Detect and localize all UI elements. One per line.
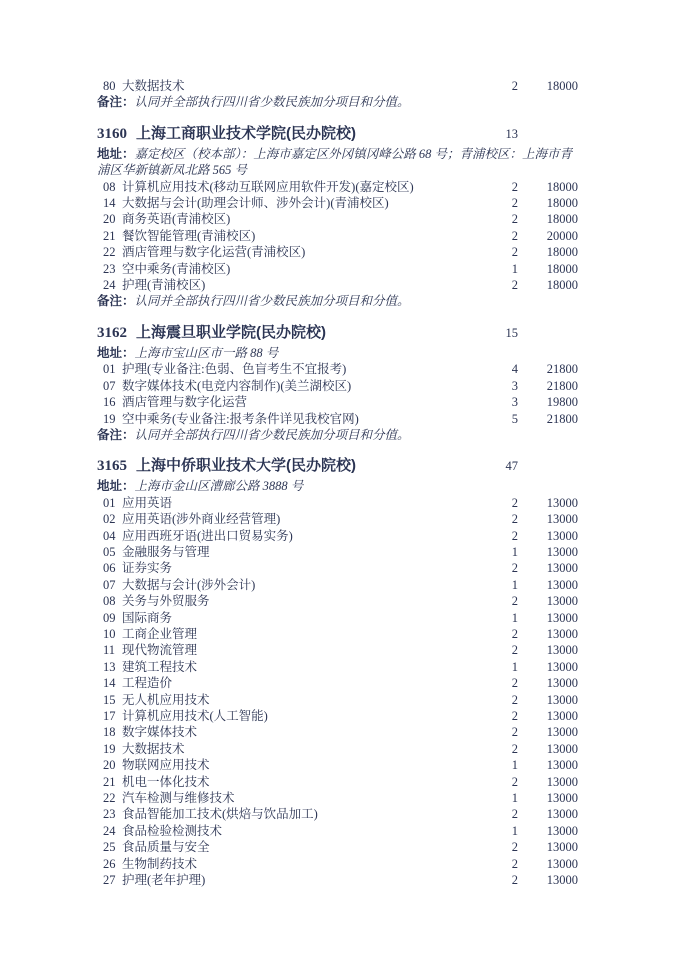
major-number: 08 [103,593,122,609]
major-name: 建筑工程技术 [122,659,488,675]
major-row: 10 工商企业管理 2 13000 [97,626,578,642]
institution-section: 3165 上海中侨职业技术大学(民办院校) 47 地址：上海市金山区漕廊公路 3… [97,456,578,888]
major-name: 食品检验检测技术 [122,823,488,839]
major-quota: 2 [488,692,518,708]
major-name: 机电一体化技术 [122,774,488,790]
major-tuition: 13000 [518,528,578,544]
major-name: 大数据技术 [122,78,488,94]
major-quota: 2 [488,675,518,691]
remark-line: 备注：认同并全部执行四川省少数民族加分项目和分值。 [97,94,578,110]
address-label: 地址： [97,479,135,493]
major-tuition: 13000 [518,610,578,626]
major-quota: 2 [488,872,518,888]
major-name: 大数据与会计(涉外会计) [122,577,488,593]
major-number: 01 [103,361,122,377]
major-name: 应用英语(涉外商业经营管理) [122,511,488,527]
major-number: 14 [103,675,122,691]
institution-code: 3165 [97,456,127,476]
major-name: 大数据技术 [122,741,488,757]
major-number: 80 [103,78,122,94]
major-name: 数字媒体技术 [122,724,488,740]
major-tuition: 13000 [518,675,578,691]
major-number: 21 [103,774,122,790]
major-quota: 2 [488,741,518,757]
major-quota: 1 [488,610,518,626]
major-quota: 2 [488,277,518,293]
major-row: 26 生物制药技术 2 13000 [97,856,578,872]
major-tuition: 13000 [518,790,578,806]
major-name: 计算机应用技术(移动互联网应用软件开发)(嘉定校区) [122,179,488,195]
remark-line: 备注：认同并全部执行四川省少数民族加分项目和分值。 [97,293,578,309]
major-row: 06 证券实务 2 13000 [97,560,578,576]
major-row: 08 关务与外贸服务 2 13000 [97,593,578,609]
major-quota: 2 [488,724,518,740]
major-number: 19 [103,741,122,757]
major-number: 25 [103,839,122,855]
major-name: 金融服务与管理 [122,544,488,560]
major-row: 01 护理(专业备注:色弱、色盲考生不宜报考) 4 21800 [97,361,578,377]
major-number: 24 [103,823,122,839]
major-name: 应用西班牙语(进出口贸易实务) [122,528,488,544]
institution-code: 3160 [97,124,127,144]
major-name: 酒店管理与数字化运营 [122,394,488,410]
major-name: 国际商务 [122,610,488,626]
address-label: 地址： [97,346,135,360]
major-tuition: 13000 [518,839,578,855]
major-tuition: 13000 [518,659,578,675]
major-tuition: 19800 [518,394,578,410]
major-tuition: 13000 [518,544,578,560]
major-number: 09 [103,610,122,626]
major-quota: 2 [488,78,518,94]
institution-section: 3160 上海工商职业技术学院(民办院校) 13 地址：嘉定校区（校本部）：上海… [97,124,578,310]
document-page: 80 大数据技术 2 18000 备注：认同并全部执行四川省少数民族加分项目和分… [0,0,680,961]
sections-container: 80 大数据技术 2 18000 备注：认同并全部执行四川省少数民族加分项目和分… [97,78,578,888]
institution-total-quota: 47 [488,456,518,476]
institution-total-quota: 13 [488,124,518,144]
major-row: 05 金融服务与管理 1 13000 [97,544,578,560]
address-text: 上海市金山区漕廊公路 3888 号 [135,479,304,493]
major-quota: 2 [488,195,518,211]
major-name: 食品质量与安全 [122,839,488,855]
major-tuition: 18000 [518,211,578,227]
major-row: 25 食品质量与安全 2 13000 [97,839,578,855]
major-number: 18 [103,724,122,740]
institution-name: 上海震旦职业学院(民办院校) [136,323,488,343]
major-tuition: 18000 [518,78,578,94]
major-quota: 2 [488,211,518,227]
major-number: 27 [103,872,122,888]
major-tuition: 13000 [518,856,578,872]
major-row: 22 酒店管理与数字化运营(青浦校区) 2 18000 [97,244,578,260]
major-quota: 2 [488,806,518,822]
major-tuition: 13000 [518,741,578,757]
major-tuition: 13000 [518,724,578,740]
major-number: 02 [103,511,122,527]
major-name: 证券实务 [122,560,488,576]
major-row: 14 大数据与会计(助理会计师、涉外会计)(青浦校区) 2 18000 [97,195,578,211]
major-number: 01 [103,495,122,511]
major-number: 07 [103,577,122,593]
major-number: 08 [103,179,122,195]
major-name: 计算机应用技术(人工智能) [122,708,488,724]
major-quota: 1 [488,544,518,560]
institution-header: 3165 上海中侨职业技术大学(民办院校) 47 [97,456,578,476]
major-tuition: 13000 [518,560,578,576]
major-quota: 1 [488,577,518,593]
major-tuition: 13000 [518,642,578,658]
institution-header: 3162 上海震旦职业学院(民办院校) 15 [97,323,578,343]
address-text: 嘉定校区（校本部）：上海市嘉定区外冈镇冈峰公路 68 号；青浦校区：上海市青浦区… [97,147,572,177]
major-row: 16 酒店管理与数字化运营 3 19800 [97,394,578,410]
major-number: 20 [103,757,122,773]
major-tuition: 18000 [518,244,578,260]
major-name: 食品智能加工技术(烘焙与饮品加工) [122,806,488,822]
major-quota: 1 [488,823,518,839]
institution-section: 3162 上海震旦职业学院(民办院校) 15 地址：上海市宝山区市一路 88 号… [97,323,578,443]
major-row: 80 大数据技术 2 18000 [97,78,578,94]
major-row: 07 大数据与会计(涉外会计) 1 13000 [97,577,578,593]
major-quota: 2 [488,774,518,790]
remark-text: 认同并全部执行四川省少数民族加分项目和分值。 [135,428,410,442]
major-row: 09 国际商务 1 13000 [97,610,578,626]
major-row: 27 护理(老年护理) 2 13000 [97,872,578,888]
major-rows: 80 大数据技术 2 18000 [97,78,578,94]
major-quota: 2 [488,228,518,244]
major-number: 06 [103,560,122,576]
address-line: 地址：上海市宝山区市一路 88 号 [97,345,578,361]
major-number: 17 [103,708,122,724]
major-quota: 5 [488,411,518,427]
remark-label: 备注： [97,294,135,308]
major-tuition: 13000 [518,593,578,609]
major-quota: 1 [488,790,518,806]
major-quota: 2 [488,511,518,527]
major-quota: 2 [488,708,518,724]
major-quota: 2 [488,528,518,544]
major-tuition: 13000 [518,823,578,839]
major-tuition: 13000 [518,577,578,593]
major-name: 生物制药技术 [122,856,488,872]
major-quota: 2 [488,495,518,511]
major-name: 护理(青浦校区) [122,277,488,293]
major-tuition: 13000 [518,692,578,708]
institution-code: 3162 [97,323,127,343]
major-row: 18 数字媒体技术 2 13000 [97,724,578,740]
major-row: 15 无人机应用技术 2 13000 [97,692,578,708]
major-number: 15 [103,692,122,708]
major-number: 05 [103,544,122,560]
major-row: 02 应用英语(涉外商业经营管理) 2 13000 [97,511,578,527]
address-line: 地址：上海市金山区漕廊公路 3888 号 [97,478,578,494]
major-number: 16 [103,394,122,410]
major-tuition: 13000 [518,757,578,773]
major-name: 护理(专业备注:色弱、色盲考生不宜报考) [122,361,488,377]
major-quota: 1 [488,261,518,277]
major-rows: 01 护理(专业备注:色弱、色盲考生不宜报考) 4 21800 07 数字媒体技… [97,361,578,427]
major-number: 26 [103,856,122,872]
major-number: 23 [103,261,122,277]
major-row: 07 数字媒体技术(电竞内容制作)(美兰湖校区) 3 21800 [97,378,578,394]
address-label: 地址： [97,147,135,161]
major-rows: 01 应用英语 2 13000 02 应用英语(涉外商业经营管理) 2 1300… [97,495,578,889]
major-row: 20 物联网应用技术 1 13000 [97,757,578,773]
major-tuition: 18000 [518,277,578,293]
major-number: 23 [103,806,122,822]
major-tuition: 18000 [518,261,578,277]
major-row: 22 汽车检测与维修技术 1 13000 [97,790,578,806]
remark-line: 备注：认同并全部执行四川省少数民族加分项目和分值。 [97,427,578,443]
major-tuition: 13000 [518,495,578,511]
major-row: 20 商务英语(青浦校区) 2 18000 [97,211,578,227]
major-row: 21 餐饮智能管理(青浦校区) 2 20000 [97,228,578,244]
remark-text: 认同并全部执行四川省少数民族加分项目和分值。 [135,294,410,308]
major-number: 10 [103,626,122,642]
institution-name: 上海工商职业技术学院(民办院校) [136,124,488,144]
major-name: 商务英语(青浦校区) [122,211,488,227]
major-name: 工商企业管理 [122,626,488,642]
major-name: 无人机应用技术 [122,692,488,708]
major-row: 19 空中乘务(专业备注:报考条件详见我校官网) 5 21800 [97,411,578,427]
major-quota: 2 [488,642,518,658]
institution-header: 3160 上海工商职业技术学院(民办院校) 13 [97,124,578,144]
remark-label: 备注： [97,428,135,442]
major-tuition: 21800 [518,361,578,377]
major-row: 23 空中乘务(青浦校区) 1 18000 [97,261,578,277]
major-tuition: 13000 [518,806,578,822]
major-row: 24 护理(青浦校区) 2 18000 [97,277,578,293]
major-name: 现代物流管理 [122,642,488,658]
major-tuition: 18000 [518,195,578,211]
major-tuition: 18000 [518,179,578,195]
major-quota: 1 [488,757,518,773]
major-row: 14 工程造价 2 13000 [97,675,578,691]
major-row: 13 建筑工程技术 1 13000 [97,659,578,675]
major-row: 21 机电一体化技术 2 13000 [97,774,578,790]
major-rows: 08 计算机应用技术(移动互联网应用软件开发)(嘉定校区) 2 18000 14… [97,179,578,294]
major-quota: 3 [488,378,518,394]
major-row: 17 计算机应用技术(人工智能) 2 13000 [97,708,578,724]
major-number: 13 [103,659,122,675]
major-row: 11 现代物流管理 2 13000 [97,642,578,658]
major-tuition: 21800 [518,411,578,427]
major-number: 22 [103,790,122,806]
major-name: 应用英语 [122,495,488,511]
major-number: 21 [103,228,122,244]
major-number: 24 [103,277,122,293]
major-tuition: 21800 [518,378,578,394]
institution-name: 上海中侨职业技术大学(民办院校) [136,456,488,476]
major-quota: 2 [488,593,518,609]
major-row: 19 大数据技术 2 13000 [97,741,578,757]
major-name: 餐饮智能管理(青浦校区) [122,228,488,244]
address-text: 上海市宝山区市一路 88 号 [135,346,279,360]
major-quota: 3 [488,394,518,410]
major-number: 04 [103,528,122,544]
major-tuition: 13000 [518,708,578,724]
major-name: 空中乘务(专业备注:报考条件详见我校官网) [122,411,488,427]
address-line: 地址：嘉定校区（校本部）：上海市嘉定区外冈镇冈峰公路 68 号；青浦校区：上海市… [97,146,578,179]
major-tuition: 13000 [518,626,578,642]
major-row: 24 食品检验检测技术 1 13000 [97,823,578,839]
major-row: 23 食品智能加工技术(烘焙与饮品加工) 2 13000 [97,806,578,822]
major-name: 大数据与会计(助理会计师、涉外会计)(青浦校区) [122,195,488,211]
major-number: 19 [103,411,122,427]
major-name: 数字媒体技术(电竞内容制作)(美兰湖校区) [122,378,488,394]
major-name: 关务与外贸服务 [122,593,488,609]
major-quota: 2 [488,839,518,855]
major-row: 08 计算机应用技术(移动互联网应用软件开发)(嘉定校区) 2 18000 [97,179,578,195]
major-number: 22 [103,244,122,260]
major-row: 04 应用西班牙语(进出口贸易实务) 2 13000 [97,528,578,544]
major-name: 护理(老年护理) [122,872,488,888]
major-name: 物联网应用技术 [122,757,488,773]
major-quota: 1 [488,659,518,675]
major-row: 01 应用英语 2 13000 [97,495,578,511]
major-name: 工程造价 [122,675,488,691]
major-tuition: 13000 [518,774,578,790]
major-number: 14 [103,195,122,211]
major-name: 汽车检测与维修技术 [122,790,488,806]
major-quota: 2 [488,856,518,872]
major-tuition: 13000 [518,872,578,888]
remark-label: 备注： [97,95,135,109]
institution-section: 80 大数据技术 2 18000 备注：认同并全部执行四川省少数民族加分项目和分… [97,78,578,111]
major-name: 酒店管理与数字化运营(青浦校区) [122,244,488,260]
major-number: 07 [103,378,122,394]
major-tuition: 20000 [518,228,578,244]
remark-text: 认同并全部执行四川省少数民族加分项目和分值。 [135,95,410,109]
major-quota: 2 [488,179,518,195]
major-quota: 2 [488,244,518,260]
major-name: 空中乘务(青浦校区) [122,261,488,277]
major-number: 11 [103,642,122,658]
major-quota: 4 [488,361,518,377]
major-quota: 2 [488,626,518,642]
major-number: 20 [103,211,122,227]
major-quota: 2 [488,560,518,576]
major-tuition: 13000 [518,511,578,527]
institution-total-quota: 15 [488,323,518,343]
